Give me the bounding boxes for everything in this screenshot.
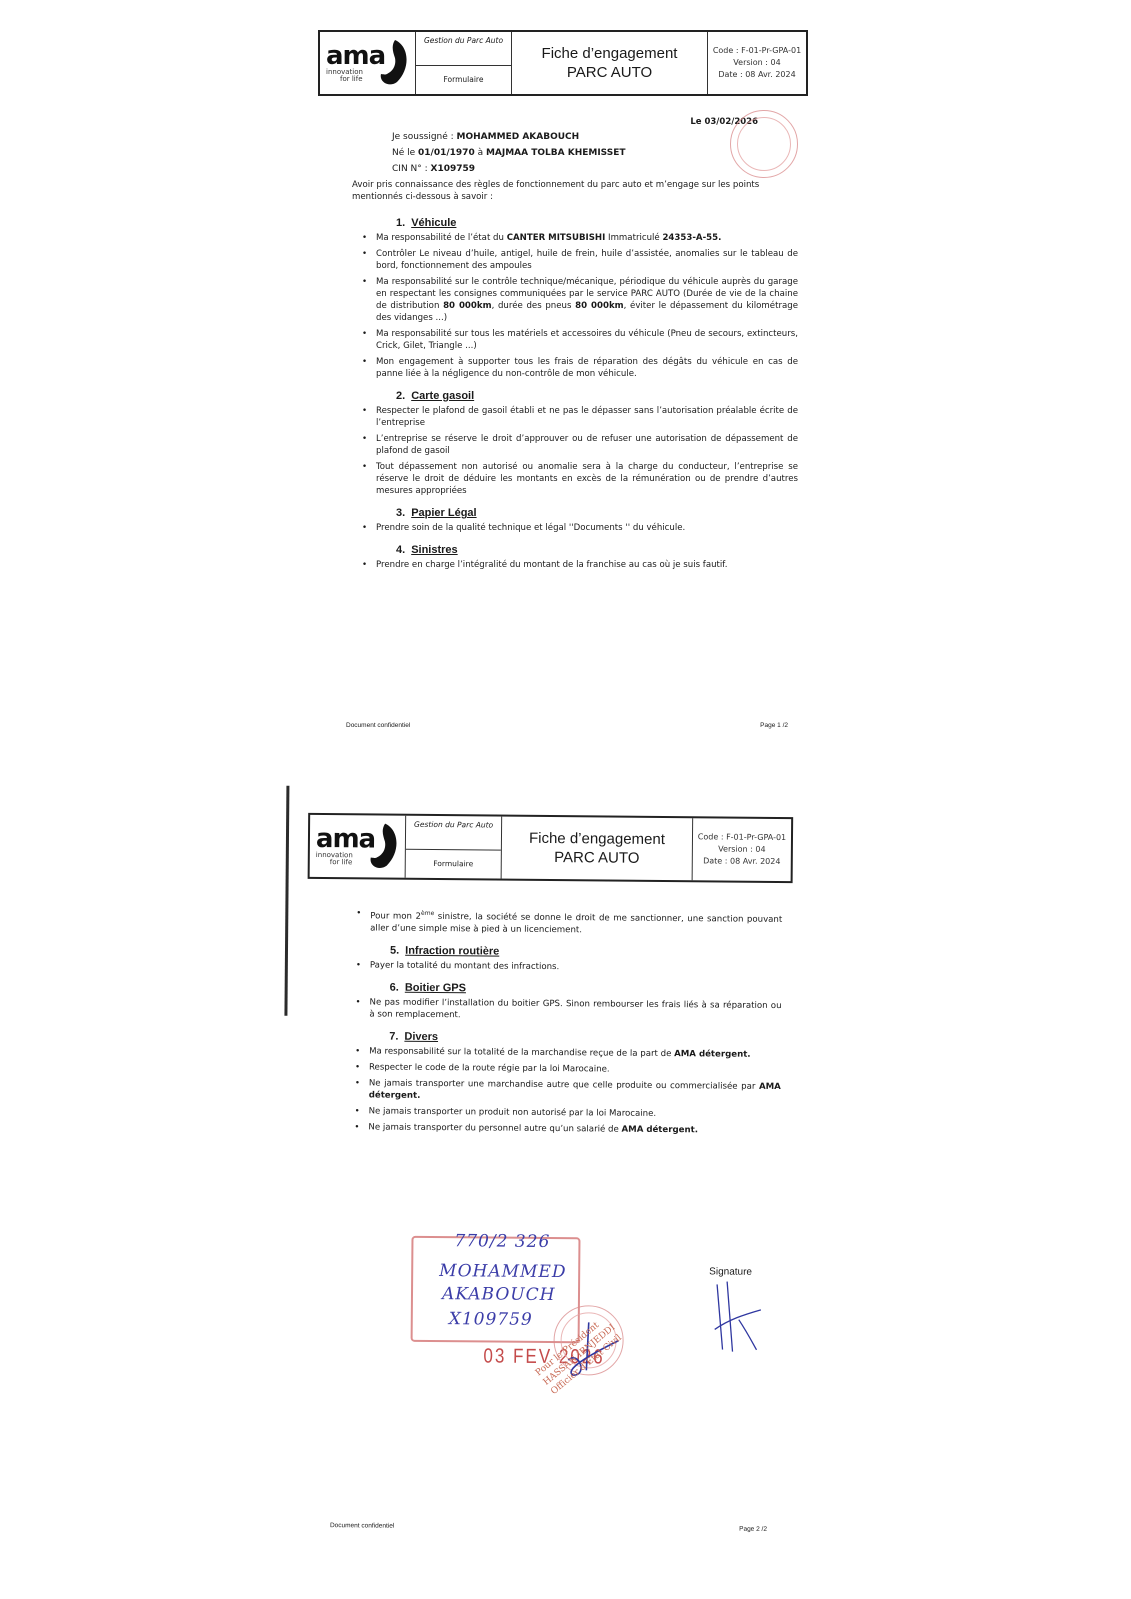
sections-page-1: 1.VéhiculeMa responsabilité de l’état du… xyxy=(358,217,798,571)
section-heading: 1.Véhicule xyxy=(396,217,798,229)
page-1: ama innovation for life Gestion du Parc … xyxy=(318,30,808,760)
document-meta: Code : F-01-Pr-GPA-01 Version : 04 Date … xyxy=(708,32,806,94)
list-item: Payer la totalité du montant des infract… xyxy=(352,959,782,975)
scan-edge xyxy=(284,786,289,1016)
continued-items: Pour mon 2ème sinistre, la société se do… xyxy=(352,907,782,938)
section-heading: 5.Infraction routière xyxy=(390,944,782,959)
document-meta: Code : F-01-Pr-GPA-01 Version : 04 Date … xyxy=(693,818,792,881)
doc-date: Date : 08 Avr. 2024 xyxy=(703,855,780,868)
intro-paragraph: Avoir pris connaissance des règles de fo… xyxy=(352,179,798,203)
sections-page-2: 5.Infraction routièrePayer la totalité d… xyxy=(350,944,782,1137)
leaf-icon xyxy=(365,821,399,869)
section-heading: 7.Divers xyxy=(389,1030,781,1045)
confidential-label: Document confidentiel xyxy=(346,722,410,729)
leaf-icon xyxy=(375,38,409,86)
birth-date: 01/01/1970 xyxy=(418,148,475,158)
section-heading: 2.Carte gasoil xyxy=(396,390,798,402)
doc-code: Code : F-01-Pr-GPA-01 xyxy=(713,45,801,57)
section-heading: 3.Papier Légal xyxy=(396,507,798,519)
logo-tagline: for life xyxy=(326,76,363,83)
section-items: Payer la totalité du montant des infract… xyxy=(352,959,782,975)
section-items: Ne pas modifier l’installation du boitie… xyxy=(351,996,781,1024)
doc-version: Version : 04 xyxy=(733,57,780,69)
list-item: Tout dépassement non autorisé ou anomali… xyxy=(358,461,798,497)
handwritten-number: 770/2 326 xyxy=(454,1231,550,1252)
doc-date: Date : 08 Avr. 2024 xyxy=(718,69,795,81)
employee-name: MOHAMMED AKABOUCH xyxy=(457,132,580,142)
form-title: Fiche d’engagement PARC AUTO xyxy=(512,32,708,94)
confidential-label: Document confidentiel xyxy=(330,1522,394,1530)
section-items: Prendre en charge l’intégralité du monta… xyxy=(358,559,798,571)
list-item: Ne jamais transporter du personnel autre… xyxy=(350,1121,780,1137)
list-item: Ma responsabilité de l’état du CANTER MI… xyxy=(358,232,798,244)
form-header: ama innovation for life Gestion du Parc … xyxy=(318,30,808,96)
doc-type-label: Formulaire xyxy=(416,66,511,95)
page-footer: Document confidentiel Page 1 /2 xyxy=(346,722,788,729)
list-item: Ma responsabilité sur la totalité de la … xyxy=(351,1045,781,1061)
logo-tagline: for life xyxy=(316,859,353,866)
doc-code: Code : F-01-Pr-GPA-01 xyxy=(698,831,786,844)
department-label: Gestion du Parc Auto xyxy=(416,32,511,66)
list-item: Ne jamais transporter une marchandise au… xyxy=(351,1077,781,1105)
doc-version: Version : 04 xyxy=(718,843,765,855)
page-number: Page 1 /2 xyxy=(760,722,788,729)
list-item: Mon engagement à supporter tous les frai… xyxy=(358,356,798,380)
department-label: Gestion du Parc Auto xyxy=(406,816,501,850)
handwritten-name: MOHAMMED xyxy=(439,1261,566,1282)
employee-signature xyxy=(708,1279,764,1354)
list-item: L’entreprise se réserve le droit d’appro… xyxy=(358,433,798,457)
page-2: ama innovation for life Gestion du Parc … xyxy=(302,798,794,1562)
form-header: ama innovation for life Gestion du Parc … xyxy=(308,813,794,883)
list-item: Prendre en charge l’intégralité du monta… xyxy=(358,559,798,571)
company-logo: ama innovation for life xyxy=(310,815,407,878)
list-item: Ne pas modifier l’installation du boitie… xyxy=(351,996,781,1024)
form-title: Fiche d’engagement PARC AUTO xyxy=(502,817,694,881)
handwritten-name: AKABOUCH xyxy=(442,1284,556,1305)
list-item: Prendre soin de la qualité technique et … xyxy=(358,522,798,534)
section-items: Ma responsabilité sur la totalité de la … xyxy=(350,1045,781,1137)
list-item: Ma responsabilité sur tous les matériels… xyxy=(358,328,798,352)
list-item: Pour mon 2ème sinistre, la société se do… xyxy=(352,907,782,938)
company-logo: ama innovation for life xyxy=(320,32,416,94)
list-item: Respecter le code de la route régie par … xyxy=(351,1061,781,1077)
list-item: Contrôler Le niveau d’huile, antigel, hu… xyxy=(358,248,798,272)
list-item: Respecter le plafond de gasoil établi et… xyxy=(358,405,798,429)
page-number: Page 2 /2 xyxy=(739,1526,767,1533)
list-item: Ne jamais transporter un produit non aut… xyxy=(351,1105,781,1121)
list-item: Ma responsabilité sur le contrôle techni… xyxy=(358,276,798,324)
section-items: Ma responsabilité de l’état du CANTER MI… xyxy=(358,232,798,380)
section-items: Prendre soin de la qualité technique et … xyxy=(358,522,798,534)
page-footer: Document confidentiel Page 2 /2 xyxy=(330,1522,767,1533)
section-heading: 4.Sinistres xyxy=(396,544,798,556)
round-stamp xyxy=(730,110,798,178)
section-items: Respecter le plafond de gasoil établi et… xyxy=(358,405,798,497)
handwritten-id: X109759 xyxy=(449,1309,533,1330)
date-line: Le 03/02/2026 xyxy=(358,116,758,128)
birth-place: MAJMAA TOLBA KHEMISSET xyxy=(486,148,626,158)
signature-label: Signature xyxy=(709,1266,752,1277)
cin-number: X109759 xyxy=(431,164,476,174)
doc-type-label: Formulaire xyxy=(406,849,501,878)
section-heading: 6.Boitier GPS xyxy=(390,981,782,996)
